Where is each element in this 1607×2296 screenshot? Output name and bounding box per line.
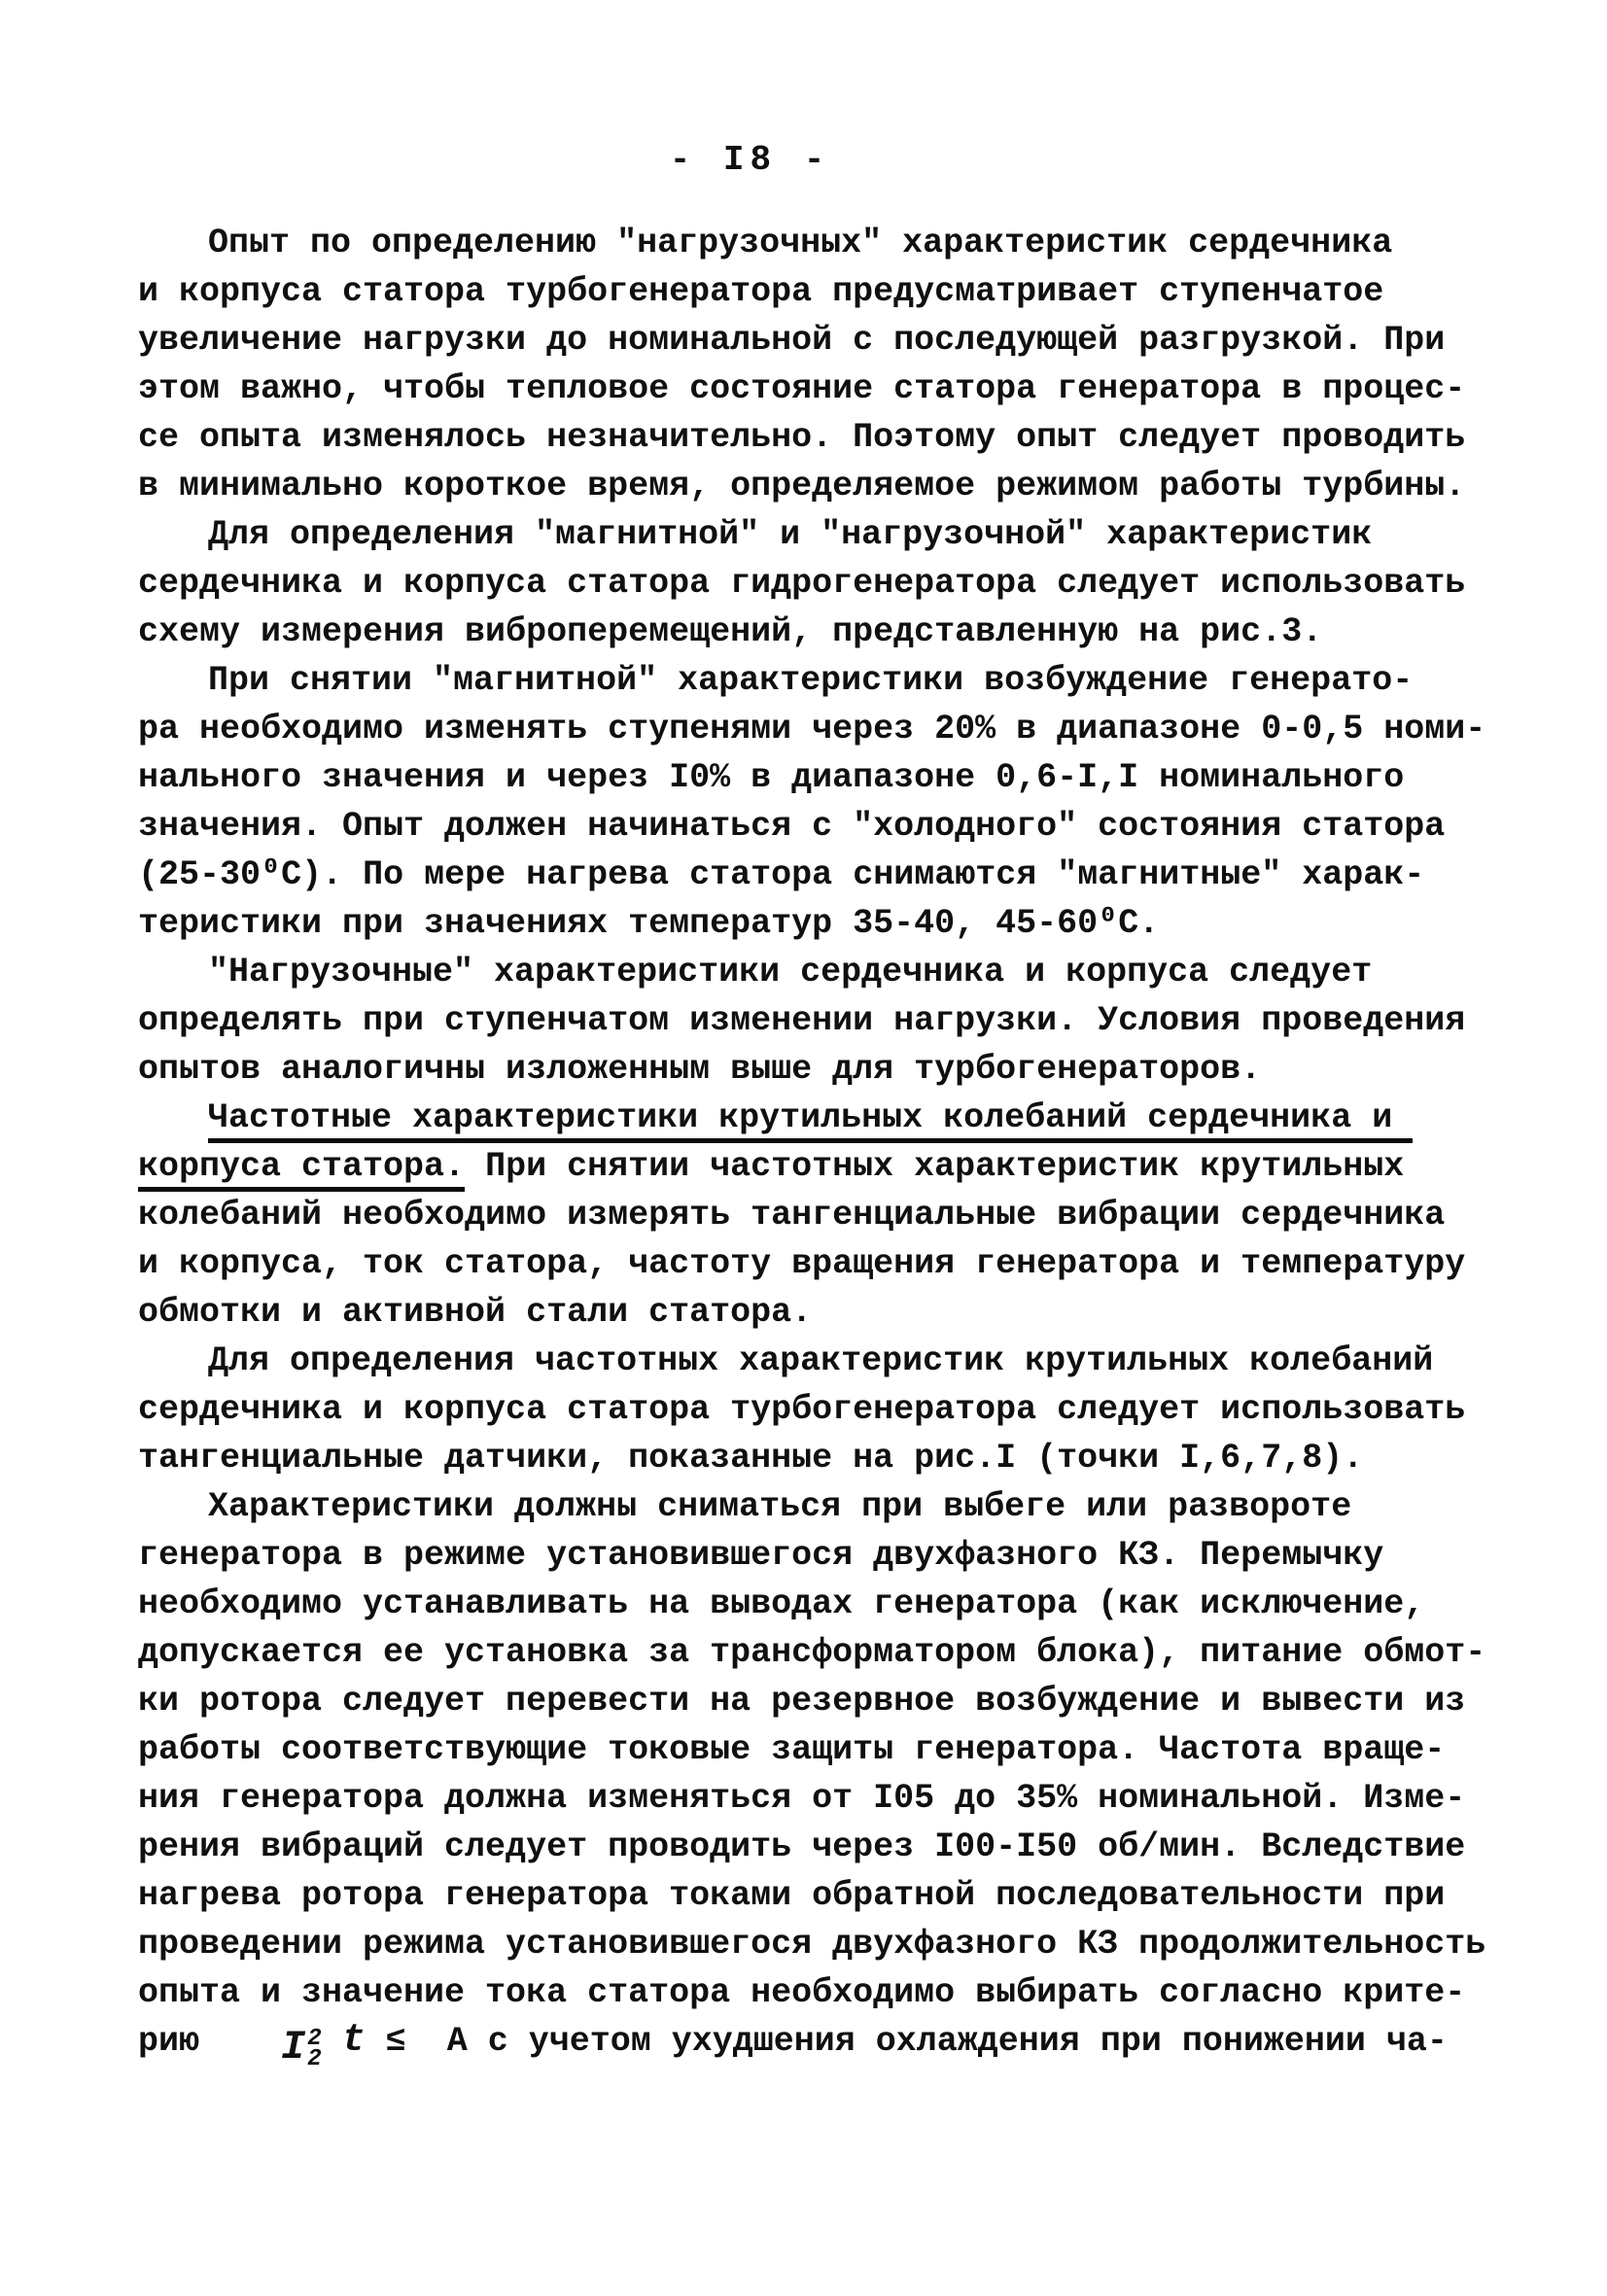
text-line: тангенциальные датчики, показанные на ри… <box>138 1434 1499 1482</box>
text-line: допускается ее установка за трансформато… <box>138 1628 1499 1677</box>
text-line: схему измерения виброперемещений, предст… <box>138 608 1499 656</box>
text-line: нагрева ротора генератора токами обратно… <box>138 1871 1499 1920</box>
text-segment: Характеристики должны сниматься при выбе… <box>208 1487 1351 1526</box>
text-segment: работы соответствующие токовые защиты ге… <box>138 1730 1445 1769</box>
text-segment: этом важно, чтобы тепловое состояние ста… <box>138 369 1465 408</box>
scanned-document-page: - I8 - Опыт по определению "нагрузочных"… <box>0 0 1607 2296</box>
text-line: теристики при значениях температур 35-40… <box>138 899 1499 948</box>
text-segment: увеличение нагрузки до номинальной с пос… <box>138 321 1445 360</box>
text-line: увеличение нагрузки до номинальной с пос… <box>138 316 1499 365</box>
text-line: необходимо устанавливать на выводах гене… <box>138 1580 1499 1628</box>
text-line: проведении режима установившегося двухфа… <box>138 1920 1499 1968</box>
text-segment: Для определения частотных характеристик … <box>208 1341 1433 1380</box>
text-segment: се опыта изменялось незначительно. Поэто… <box>138 418 1465 457</box>
text-line: (25-30⁰С). По мере нагрева статора снима… <box>138 851 1499 899</box>
text-segment: нального значения и через I0% в диапазон… <box>138 758 1404 797</box>
formula-sup-sub: 22 <box>307 2029 321 2070</box>
text-segment: рения вибраций следует проводить через I… <box>138 1827 1465 1866</box>
text-line: рения вибраций следует проводить через I… <box>138 1823 1499 1871</box>
text-segment: ния генератора должна изменяться от I05 … <box>138 1779 1465 1818</box>
text-segment: При снятии "магнитной" характеристики во… <box>208 661 1413 700</box>
text-segment: ра необходимо изменять ступенями через 2… <box>138 710 1485 748</box>
underlined-text: корпуса статора. <box>138 1147 465 1192</box>
text-line: Характеристики должны сниматься при выбе… <box>138 1482 1499 1531</box>
text-line: работы соответствующие токовые защиты ге… <box>138 1725 1499 1774</box>
text-segment: ≤ <box>366 2022 447 2061</box>
formula-symbol: I22 <box>281 2027 322 2068</box>
text-line: се опыта изменялось незначительно. Поэто… <box>138 413 1499 462</box>
text-segment: колебаний необходимо измерять тангенциал… <box>138 1196 1445 1235</box>
text-segment: При снятии частотных характеристик крути… <box>465 1147 1404 1186</box>
text-line: При снятии "магнитной" характеристики во… <box>138 656 1499 705</box>
underlined-text: Частотные характеристики крутильных коле… <box>208 1098 1413 1143</box>
text-segment: определять при ступенчатом изменении наг… <box>138 1001 1465 1040</box>
text-line: опыта и значение тока статора необходимо… <box>138 1968 1499 2017</box>
text-line: обмотки и активной стали статора. <box>138 1288 1499 1337</box>
text-segment: тангенциальные датчики, показанные на ри… <box>138 1439 1363 1478</box>
text-segment: t <box>342 2019 366 2063</box>
text-line: сердечника и корпуса статора гидрогенера… <box>138 559 1499 608</box>
text-segment: проведении режима установившегося двухфа… <box>138 1925 1485 1964</box>
text-segment <box>322 2022 342 2061</box>
text-segment: и корпуса, ток статора, частоту вращения… <box>138 1244 1465 1283</box>
text-line: сердечника и корпуса статора турбогенера… <box>138 1385 1499 1434</box>
formula-base: I <box>281 2027 305 2068</box>
text-segment: опыта и значение тока статора необходимо… <box>138 1973 1465 2012</box>
text-segment: нагрева ротора генератора токами обратно… <box>138 1876 1445 1915</box>
text-line: и корпуса, ток статора, частоту вращения… <box>138 1239 1499 1288</box>
text-segment: теристики при значениях температур 35-40… <box>138 904 1159 943</box>
text-segment: обмотки и активной стали статора. <box>138 1293 812 1332</box>
text-line: колебаний необходимо измерять тангенциал… <box>138 1191 1499 1239</box>
text-line: ра необходимо изменять ступенями через 2… <box>138 705 1499 753</box>
text-line: Для определения "магнитной" и "нагрузочн… <box>138 510 1499 559</box>
text-line: ния генератора должна изменяться от I05 … <box>138 1774 1499 1823</box>
text-line: нального значения и через I0% в диапазон… <box>138 753 1499 802</box>
formula-subscript: 2 <box>307 2049 321 2070</box>
text-segment: ки ротора следует перевести на резервное… <box>138 1682 1465 1721</box>
text-segment: опытов аналогичны изложенным выше для ту… <box>138 1050 1261 1089</box>
text-segment: (25-30⁰С). По мере нагрева статора снима… <box>138 855 1424 894</box>
text-line: ки ротора следует перевести на резервное… <box>138 1677 1499 1725</box>
text-segment: А с учетом ухудшения охлаждения при пони… <box>447 2022 1448 2061</box>
document-text-block: Опыт по определению "нагрузочных" характ… <box>138 219 1499 2066</box>
text-line: и корпуса статора турбогенератора предус… <box>138 267 1499 316</box>
text-segment: значения. Опыт должен начинаться с "холо… <box>138 807 1445 846</box>
text-segment: схему измерения виброперемещений, предст… <box>138 612 1322 651</box>
text-segment: сердечника и корпуса статора турбогенера… <box>138 1390 1465 1429</box>
text-segment: и корпуса статора турбогенератора предус… <box>138 272 1383 311</box>
text-segment: Для определения "магнитной" и "нагрузочн… <box>208 515 1372 554</box>
text-line: Опыт по определению "нагрузочных" характ… <box>138 219 1499 267</box>
text-segment: "Нагрузочные" характеристики сердечника … <box>208 953 1372 991</box>
text-line: генератора в режиме установившегося двух… <box>138 1531 1499 1580</box>
text-line: определять при ступенчатом изменении наг… <box>138 996 1499 1045</box>
text-line: опытов аналогичны изложенным выше для ту… <box>138 1045 1499 1094</box>
text-segment: Опыт по определению "нагрузочных" характ… <box>208 224 1392 262</box>
text-segment: допускается ее установка за трансформато… <box>138 1633 1485 1672</box>
text-line: рию I22 t ≤ А с учетом ухудшения охлажде… <box>138 2017 1499 2066</box>
text-line: Частотные характеристики крутильных коле… <box>138 1094 1499 1142</box>
page-number: - I8 - <box>0 140 1500 180</box>
text-line: в минимально короткое время, определяемо… <box>138 462 1499 510</box>
text-line: корпуса статора. При снятии частотных ха… <box>138 1142 1499 1191</box>
text-line: Для определения частотных характеристик … <box>138 1337 1499 1385</box>
text-line: значения. Опыт должен начинаться с "холо… <box>138 802 1499 851</box>
text-line: этом важно, чтобы тепловое состояние ста… <box>138 365 1499 413</box>
text-line: "Нагрузочные" характеристики сердечника … <box>138 948 1499 996</box>
text-segment: сердечника и корпуса статора гидрогенера… <box>138 564 1465 603</box>
text-segment: в минимально короткое время, определяемо… <box>138 467 1465 505</box>
text-segment: рию <box>138 2022 281 2061</box>
text-segment: генератора в режиме установившегося двух… <box>138 1536 1383 1575</box>
text-segment: необходимо устанавливать на выводах гене… <box>138 1584 1424 1623</box>
